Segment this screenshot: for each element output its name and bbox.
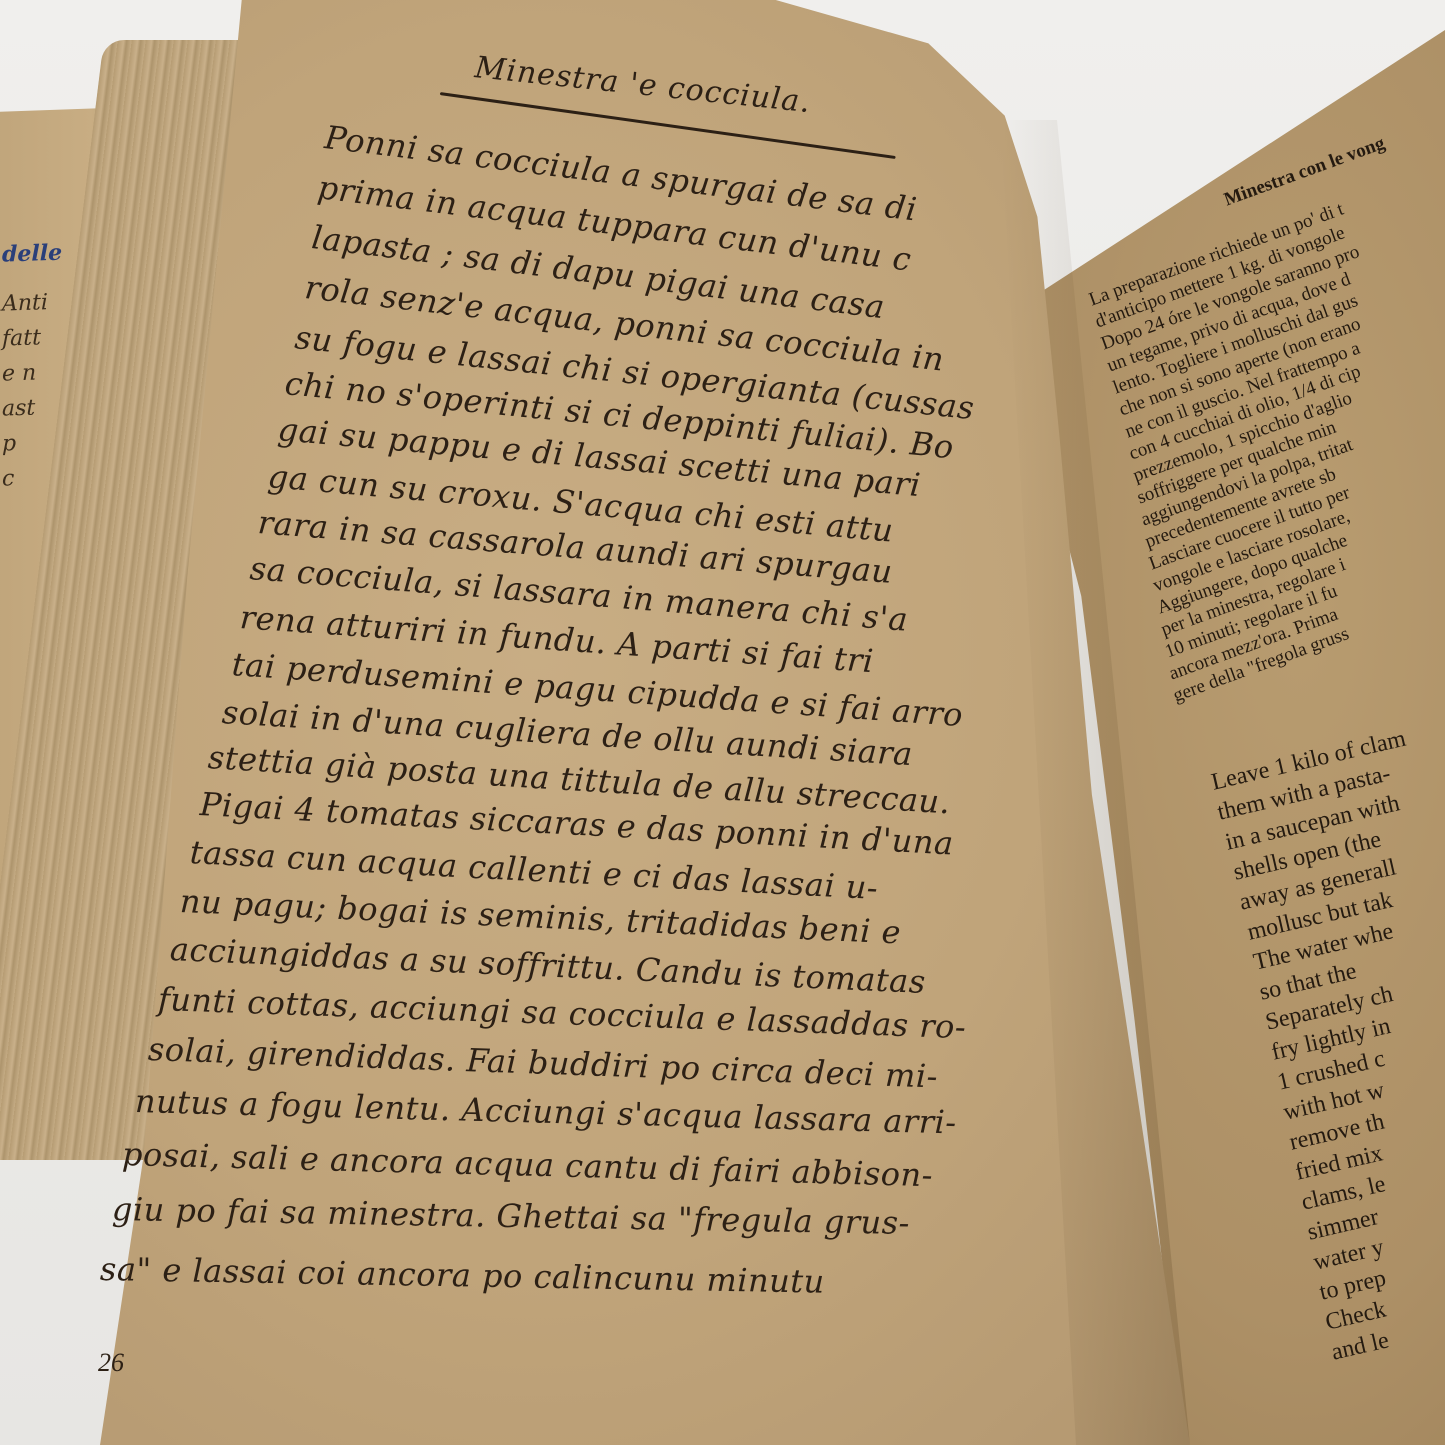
printed-recipe: Minestra con le vong La preparazione ric… [0, 0, 1445, 1445]
italian-recipe-title: Minestra con le vong [1221, 133, 1388, 212]
book-photo: delle Anti fatt e n ast p c Minestra 'e … [0, 0, 1445, 1445]
